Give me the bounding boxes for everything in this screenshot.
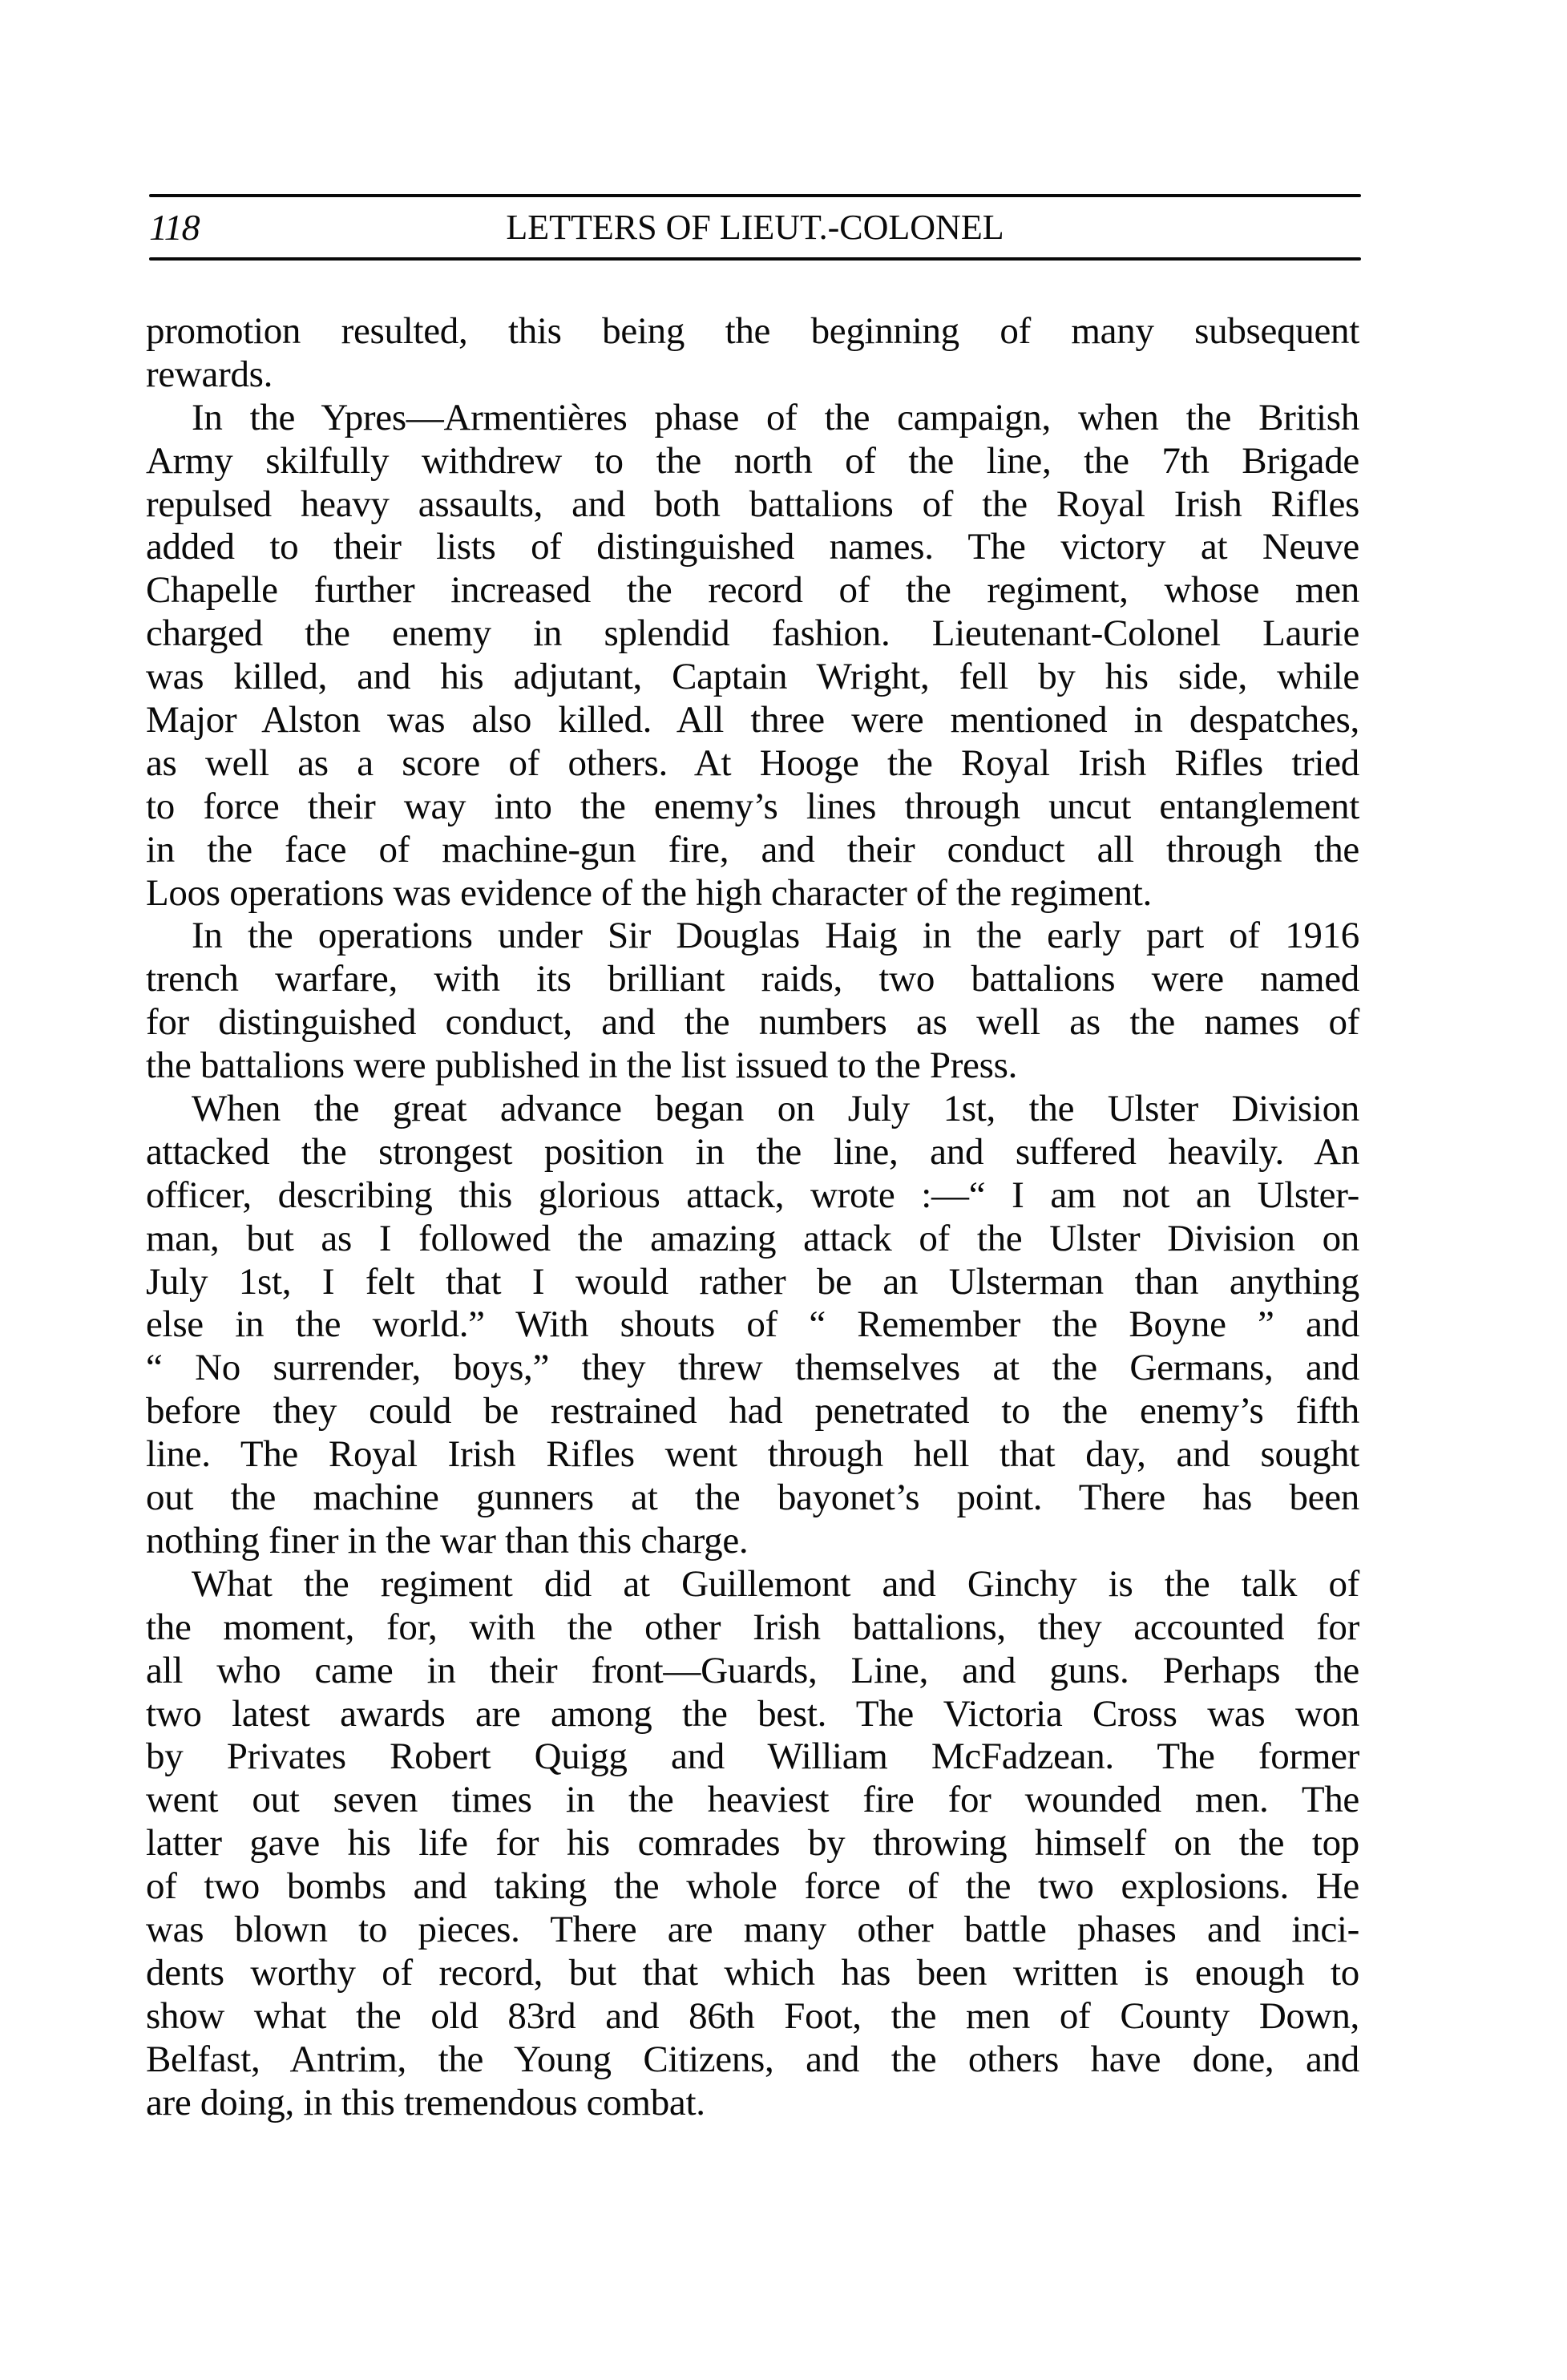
text-line: of two bombs and taking the whole force … (146, 1865, 1359, 1909)
running-head: 118 LETTERS OF LIEUT.-COLONEL (149, 202, 1361, 253)
text-line: July 1st, I felt that I would rather be … (146, 1261, 1359, 1304)
text-line: promotion resulted, this being the begin… (146, 310, 1359, 354)
text-line: Major Alston was also killed. All three … (146, 699, 1359, 742)
text-line: to force their way into the enemy’s line… (146, 786, 1359, 829)
paragraph-first-line: What the regiment did at Guillemont and … (146, 1563, 1359, 1606)
text-line: are doing, in this tremendous combat. (146, 2082, 1359, 2125)
text-line: the battalions were published in the lis… (146, 1045, 1359, 1088)
text-line: in the face of machine-gun fire, and the… (146, 829, 1359, 872)
text-line: charged the enemy in splendid fashion. L… (146, 612, 1359, 656)
paragraph-first-line: In the Ypres—Armentières phase of the ca… (146, 397, 1359, 440)
text-line: Army skilfully withdrew to the north of … (146, 440, 1359, 483)
text-line: man, but as I followed the amazing attac… (146, 1218, 1359, 1261)
text-line: added to their lists of distinguished na… (146, 526, 1359, 569)
running-title: LETTERS OF LIEUT.-COLONEL (149, 207, 1361, 249)
text-line: latter gave his life for his comrades by… (146, 1822, 1359, 1865)
text-line: nothing finer in the war than this charg… (146, 1520, 1359, 1563)
text-line: all who came in their front—Guards, Line… (146, 1650, 1359, 1693)
text-line: repulsed heavy assaults, and both battal… (146, 483, 1359, 527)
text-line: line. The Royal Irish Rifles went throug… (146, 1433, 1359, 1477)
text-line: out the machine gunners at the bayonet’s… (146, 1477, 1359, 1520)
header-bottom-rule (149, 257, 1361, 261)
text-line: Chapelle further increased the record of… (146, 569, 1359, 612)
text-line: was killed, and his adjutant, Captain Wr… (146, 656, 1359, 699)
text-line: as well as a score of others. At Hooge t… (146, 742, 1359, 786)
text-line: Loos operations was evidence of the high… (146, 872, 1359, 915)
text-line: officer, describing this glorious attack… (146, 1174, 1359, 1218)
text-line: Belfast, Antrim, the Young Citizens, and… (146, 2039, 1359, 2082)
body-text: promotion resulted, this being the begin… (146, 310, 1359, 2124)
paragraph-first-line: When the great advance began on July 1st… (146, 1088, 1359, 1131)
text-line: “ No surrender, boys,” they threw themse… (146, 1347, 1359, 1390)
text-line: else in the world.” With shouts of “ Rem… (146, 1303, 1359, 1347)
text-line: trench warfare, with its brilliant raids… (146, 958, 1359, 1001)
text-line: two latest awards are among the best. Th… (146, 1693, 1359, 1736)
text-line: went out seven times in the heaviest fir… (146, 1779, 1359, 1822)
paragraph-first-line: In the operations under Sir Douglas Haig… (146, 915, 1359, 958)
text-line: attacked the strongest position in the l… (146, 1131, 1359, 1174)
text-line: by Privates Robert Quigg and William McF… (146, 1736, 1359, 1779)
text-line: show what the old 83rd and 86th Foot, th… (146, 1995, 1359, 2039)
text-line: was blown to pieces. There are many othe… (146, 1909, 1359, 1952)
text-line: for distinguished conduct, and the numbe… (146, 1001, 1359, 1045)
text-line: rewards. (146, 354, 1359, 397)
header-top-rule (149, 194, 1361, 197)
text-line: dents worthy of record, but that which h… (146, 1952, 1359, 1995)
text-line: the moment, for, with the other Irish ba… (146, 1606, 1359, 1650)
text-line: before they could be restrained had pene… (146, 1390, 1359, 1433)
